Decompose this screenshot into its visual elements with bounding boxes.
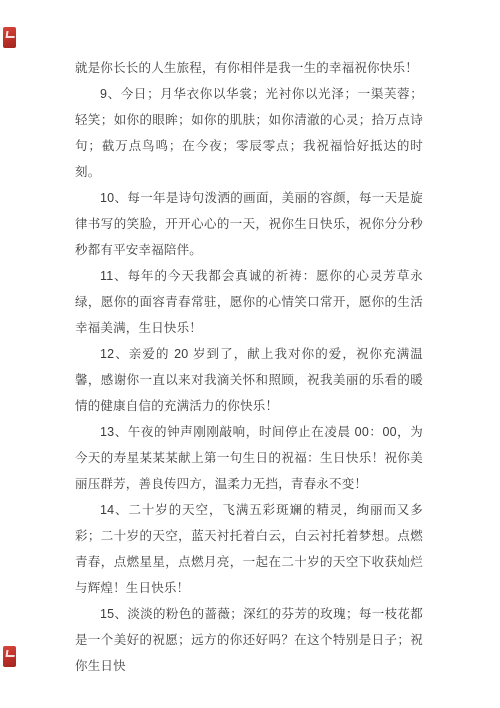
corner-ribbon-decoration-top — [3, 27, 16, 48]
paragraph-item-11: 11、每年的今天我都会真诚的祈祷：愿你的心灵芳草永绿，愿你的面容青春常驻，愿你的… — [75, 263, 423, 341]
corner-ribbon-decoration-bottom — [3, 646, 16, 667]
paragraph-item-9: 9、今日；月华衣你以华裳；光衬你以光泽；一渠芙蓉；轻笑；如你的眼眸；如你的肌肤；… — [75, 81, 423, 185]
paragraph-item-10: 10、每一年是诗句泼洒的画面，美丽的容颜，每一天是旋律书写的笑脸，开开心心的一天… — [75, 185, 423, 263]
paragraph-item-13: 13、午夜的钟声刚刚敲响，时间停止在凌晨 00：00，为今天的寿星某某某献上第一… — [75, 419, 423, 497]
article-page: 就是你长长的人生旅程，有你相伴是我一生的幸福祝你快乐！ 9、今日；月华衣你以华裳… — [0, 0, 500, 708]
paragraph-item-14: 14、二十岁的天空，飞满五彩斑斓的精灵，绚丽而又多彩；二十岁的天空，蓝天衬托着白… — [75, 497, 423, 601]
paragraph-item-12: 12、亲爱的 20 岁到了，献上我对你的爱，祝你充满温馨，感谢你一直以来对我滴关… — [75, 341, 423, 419]
paragraph-item-15: 15、淡淡的粉色的蔷薇；深红的芬芳的玫瑰；每一枝花都是一个美好的祝愿；远方的你还… — [75, 601, 423, 679]
article-text-block: 就是你长长的人生旅程，有你相伴是我一生的幸福祝你快乐！ 9、今日；月华衣你以华裳… — [75, 55, 423, 679]
paragraph-continuation: 就是你长长的人生旅程，有你相伴是我一生的幸福祝你快乐！ — [75, 55, 423, 81]
